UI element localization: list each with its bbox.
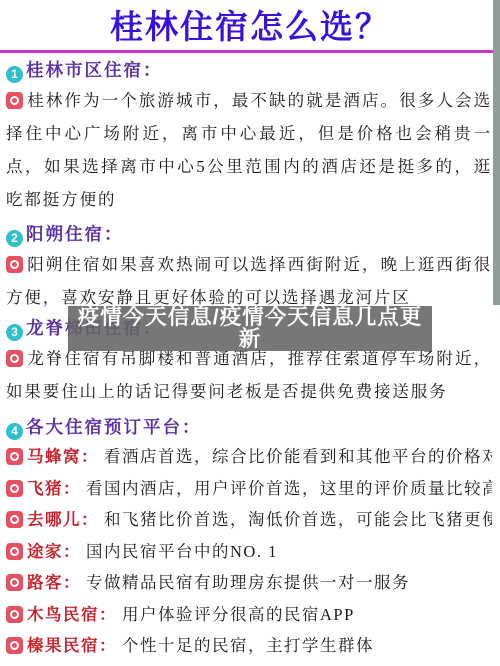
- section-paragraph: 桂林作为一个旅游城市，最不缺的就是酒店。很多人会选择住中心广场附近，离市中心最近…: [6, 84, 492, 216]
- bullet-ring-icon: [6, 256, 23, 273]
- section-heading-text: 阳朔住宿：: [26, 224, 124, 244]
- section-guilin-city: 1桂林市区住宿： 桂林作为一个旅游城市，最不缺的就是酒店。很多人会选择住中心广场…: [6, 56, 492, 216]
- platform-item: 途家：国内民宿平台中的NO. 1: [6, 536, 492, 568]
- number-4-icon: 4: [6, 423, 23, 440]
- paragraph-text: 龙脊住宿有吊脚楼和普通酒店，推荐住索道停车场附近，如果要住山上的话记得要问老板是…: [6, 349, 492, 401]
- platform-desc: 国内民宿平台中的NO. 1: [86, 542, 278, 561]
- section-booking-platforms: 4各大住宿预订平台： 马蜂窝：看酒店首选，综合比价能看到和其他平台的价格对比 飞…: [6, 413, 492, 662]
- section-heading: 2阳朔住宿：: [6, 220, 492, 248]
- bullet-ring-icon: [6, 480, 23, 497]
- platform-item: 榛果民宿：个性十足的民宿，主打学生群体: [6, 630, 492, 662]
- right-edge-strip: [493, 0, 500, 305]
- bullet-ring-icon: [6, 606, 23, 623]
- platform-desc: 看国内酒店，用户评价首选，这里的评价质量比较高: [86, 479, 492, 498]
- section-heading-text: 各大住宿预订平台：: [26, 417, 202, 437]
- platform-desc: 看酒店首选，综合比价能看到和其他平台的价格对比: [104, 447, 492, 466]
- platform-name: 榛果民宿：: [27, 636, 117, 655]
- platform-desc: 个性十足的民宿，主打学生群体: [122, 636, 374, 655]
- bullet-ring-icon: [6, 448, 23, 465]
- platform-name: 木鸟民宿：: [27, 605, 117, 624]
- section-heading: 1桂林市区住宿：: [6, 56, 492, 84]
- bullet-ring-icon: [6, 92, 23, 109]
- bullet-ring-icon: [6, 511, 23, 528]
- bullet-ring-icon: [6, 574, 23, 591]
- platform-item: 路客：专做精品民宿有助理房东提供一对一服务: [6, 567, 492, 599]
- platform-desc: 专做精品民宿有助理房东提供一对一服务: [86, 573, 410, 592]
- bullet-ring-icon: [6, 637, 23, 654]
- page-title: 桂林住宿怎么选？: [0, 0, 500, 50]
- watermark-text: 疫情今天信息/疫情今天信息几点更新: [78, 305, 422, 351]
- number-1-icon: 1: [6, 66, 23, 83]
- platform-item: 木鸟民宿：用户体验评分很高的民宿APP: [6, 599, 492, 631]
- paragraph-text: 阳朔住宿如果喜欢热闹可以选择西街附近，晚上逛西街很方便，喜欢安静且更好体验的可以…: [6, 255, 492, 307]
- number-2-icon: 2: [6, 230, 23, 247]
- platform-desc: 和飞猪比价首选，淘低价首选，可能会比飞猪更便宜: [104, 510, 492, 529]
- platform-item: 飞猪：看国内酒店，用户评价首选，这里的评价质量比较高: [6, 473, 492, 505]
- section-paragraph: 龙脊住宿有吊脚楼和普通酒店，推荐住索道停车场附近，如果要住山上的话记得要问老板是…: [6, 342, 492, 408]
- platform-name: 途家：: [27, 542, 81, 561]
- platform-name: 去哪儿：: [27, 510, 99, 529]
- post-page: 桂林住宿怎么选？ 1桂林市区住宿： 桂林作为一个旅游城市，最不缺的就是酒店。很多…: [0, 0, 500, 666]
- section-yangshuo: 2阳朔住宿： 阳朔住宿如果喜欢热闹可以选择西街附近，晚上逛西街很方便，喜欢安静且…: [6, 220, 492, 314]
- platform-desc: 用户体验评分很高的民宿APP: [122, 605, 355, 624]
- number-3-icon: 3: [6, 324, 23, 341]
- platform-name: 马蜂窝：: [27, 447, 99, 466]
- bullet-ring-icon: [6, 350, 23, 367]
- paragraph-text: 桂林作为一个旅游城市，最不缺的就是酒店。很多人会选择住中心广场附近，离市中心最近…: [6, 91, 492, 209]
- platform-name: 路客：: [27, 573, 81, 592]
- post-content: 1桂林市区住宿： 桂林作为一个旅游城市，最不缺的就是酒店。很多人会选择住中心广场…: [0, 53, 500, 662]
- platform-item: 去哪儿：和飞猪比价首选，淘低价首选，可能会比飞猪更便宜: [6, 504, 492, 536]
- section-heading-text: 桂林市区住宿：: [26, 60, 163, 80]
- watermark-overlay: 疫情今天信息/疫情今天信息几点更新: [68, 306, 432, 351]
- platform-name: 飞猪：: [27, 479, 81, 498]
- platform-item: 马蜂窝：看酒店首选，综合比价能看到和其他平台的价格对比: [6, 441, 492, 473]
- bullet-ring-icon: [6, 543, 23, 560]
- section-heading: 4各大住宿预订平台：: [6, 413, 492, 441]
